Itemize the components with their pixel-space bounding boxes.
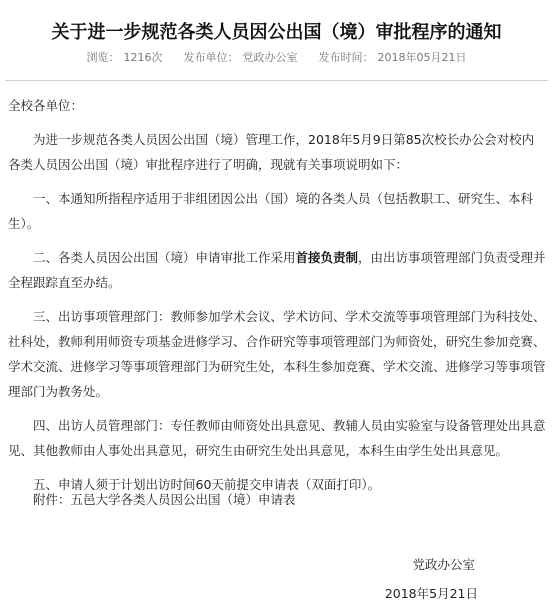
salutation: 全校各单位：: [8, 93, 546, 118]
article-meta: 浏览：1216次 发布单位：党政办公室 发布时间：2018年05月21日: [0, 49, 553, 67]
signature-date: 2018年5月21日: [385, 584, 478, 604]
views-count: 1216次: [124, 51, 163, 64]
attachment-link[interactable]: 附件：五邑大学各类人员因公出国（境）申请表: [33, 490, 296, 510]
article-body: 全校各单位： 为进一步规范各类人员因公出国（境）管理工作，2018年5月9日第8…: [8, 93, 546, 506]
article-title: 关于进一步规范各类人员因公出国（境）审批程序的通知: [0, 18, 553, 48]
paragraph-item-1: 一、本通知所指程序适用于非组团因公出（国）境的各类人员（包括教职工、研究生、本科…: [8, 186, 546, 236]
header-divider: [5, 80, 548, 81]
paragraph-item-4: 四、出访人员管理部门：专任教师由师资处出具意见、教辅人员由实验室与设备管理处出具…: [8, 413, 546, 463]
publish-time-label: 发布时间：: [319, 51, 374, 64]
paragraph-item-3: 三、出访事项管理部门：教师参加学术会议、学术访问、学术交流等事项管理部门为科技处…: [8, 304, 546, 404]
publisher-value: 党政办公室: [243, 51, 298, 64]
views-label: 浏览：: [87, 51, 120, 64]
item-2-text-before: 二、各类人员因公出国（境）申请审批工作采用: [33, 250, 296, 265]
signature-org: 党政办公室: [412, 555, 475, 575]
item-2-bold-term: 首接负责制: [296, 250, 359, 265]
paragraph-item-2: 二、各类人员因公出国（境）申请审批工作采用首接负责制，由出访事项管理部门负责受理…: [8, 245, 546, 295]
publish-time-value: 2018年05月21日: [378, 51, 467, 64]
paragraph-intro: 为进一步规范各类人员因公出国（境）管理工作，2018年5月9日第85次校长办公会…: [8, 127, 546, 177]
publisher-label: 发布单位：: [184, 51, 239, 64]
